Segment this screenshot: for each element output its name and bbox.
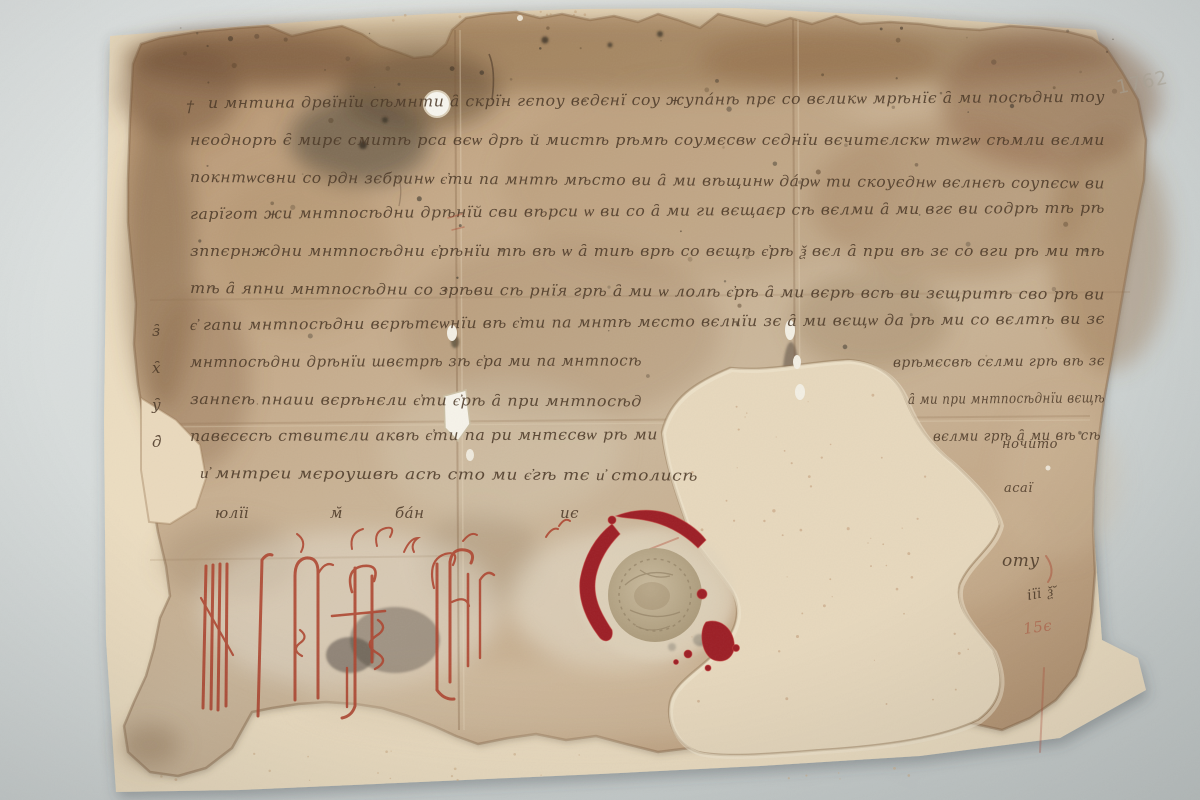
parchment-photo: †и мнтина дрвїнїи сѣмнти а̑ скрїн гєпоу … [0, 0, 1200, 800]
photo-vignette [0, 0, 1200, 800]
photo-of-parchment-charter: †и мнтина дрвїнїи сѣмнти а̑ скрїн гєпоу … [0, 0, 1200, 800]
